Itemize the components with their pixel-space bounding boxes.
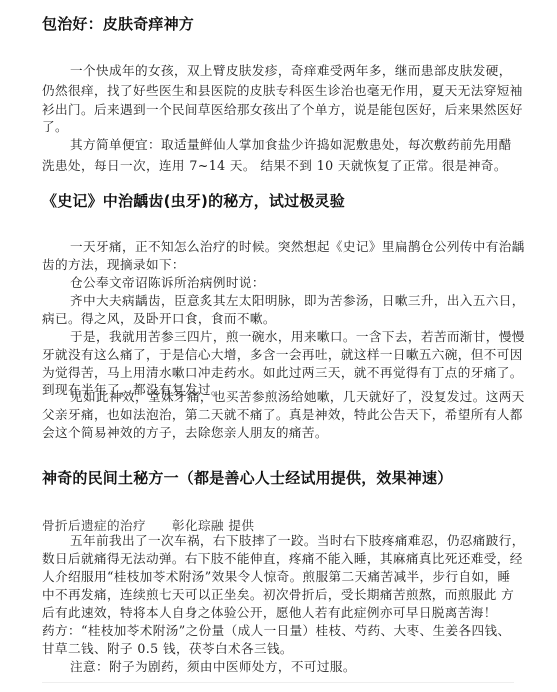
paragraph-line: 仓公奉文帝诏陈诉所治病例时说： xyxy=(42,274,542,292)
author-credit: 彰化琮融 提供 xyxy=(172,518,254,533)
section-heading: 包治好：皮肤奇痒神方 xyxy=(42,13,194,34)
paragraph-line: 齐中大夫病龋齿，臣意炙其左太阳明脉，即为苦参汤，日嗽三升，出入五六日， xyxy=(42,292,542,310)
page-divider xyxy=(42,682,514,683)
paragraph-line: 牙就没有这么痛了，于是信心大增，多含一会再吐，就这样一日嗽五六碗，但不可因 xyxy=(42,346,514,364)
paragraph-line: 注意：附子为剧药，须由中医师处方，不可过服。 xyxy=(42,658,542,676)
paragraph-line: 衫出门。后来遇到一个民间草医给那女孩出了个单方，说是能包医好，后来果然医好 xyxy=(42,101,514,119)
paragraph-line: 其方简单便宜：取适量鲜仙人掌加食盐少许捣如泥敷患处，每次敷药前先用醋 xyxy=(42,136,542,154)
paragraph-line: 药方：“桂枝加苓术附汤”之份量（成人一日量）桂枝、芍药、大枣、生姜各四钱、 xyxy=(42,622,514,640)
paragraph-line: 甘草二钱、附子 0.5 钱，茯苓白术各三钱。 xyxy=(42,640,514,658)
paragraph-line: 人介绍服用“桂枝加苓术附汤”效果令人惊奇。煎服第二天痛苦减半，步行自如，睡 xyxy=(42,568,514,586)
paragraph-line: 父亲牙痛，也如法泡治，第二天就不痛了。真是神效，特此公告天下，希望所有人都 xyxy=(42,406,514,424)
paragraph-line: 后有此速效，特将本人自身之体验公开，愿他人若有此症例亦可早日脱离苦海！ xyxy=(42,604,514,622)
section-heading: 《史记》中治龋齿(虫牙)的秘方，试过极灵验 xyxy=(42,190,345,211)
paragraph-line: 见如此神效，堂妹牙痛，也买苦参煎汤给她嗽，几天就好了，没复发过。这两天 xyxy=(42,388,542,406)
paragraph-line: 一天牙痛，正不知怎么治疗的时候。突然想起《史记》里扁鹊仓公列传中有治龋 xyxy=(42,238,542,256)
paragraph-line: 病已。得之风，及卧开口食，食而不嗽。 xyxy=(42,310,514,328)
paragraph-line: 一个快成年的女孩，双上臂皮肤发疹，奇痒难受两年多，继而患部皮肤发硬， xyxy=(42,62,542,80)
paragraph-line: 数日后就痛得无法动弹。右下肢不能伸直，疼痛不能入睡，其麻痛真比死还难受，经 xyxy=(42,550,514,568)
paragraph-line: 仍然很痒，找了好些医生和县医院的皮肤专科医生诊治也毫无作用，夏天无法穿短袖 xyxy=(42,82,514,100)
section-heading: 神奇的民间土秘方一（都是善心人士经试用提供，效果神速） xyxy=(42,467,452,488)
document-page: 包治好：皮肤奇痒神方 一个快成年的女孩，双上臂皮肤发疹，奇痒难受两年多，继而患部… xyxy=(0,0,557,692)
paragraph-line: 为觉得苦，马上用清水嗽口冲走药水。如此过两三天，就不再觉得有丁点的牙痛了。 xyxy=(42,364,514,382)
paragraph-line: 了。 xyxy=(42,118,514,136)
subtitle-text: 骨折后遗症的治疗 xyxy=(42,518,146,533)
paragraph-line: 五年前我出了一次车祸，右下肢摔了一跤。当时右下肢疼痛难忍，仍忍痛跛行， xyxy=(42,532,542,550)
paragraph-line: 齿的方法，现摘录如下： xyxy=(42,256,514,274)
paragraph-line: 于是，我就用苦参三四片，煎一碗水，用来嗽口。一含下去，若苦而渐甘，慢慢 xyxy=(42,328,542,346)
paragraph-line: 会这个简易神效的方子，去除您亲人朋友的痛苦。 xyxy=(42,424,514,442)
paragraph-line: 洗患处，每日一次，连用 7~14 天。 结果不到 10 天就恢复了正常。很是神奇… xyxy=(42,157,514,175)
paragraph-line: 中不再发痛，连续煎七天可以正坐矣。初次骨折后，受长期痛苦煎熬，而煎服此 方 xyxy=(42,586,514,604)
